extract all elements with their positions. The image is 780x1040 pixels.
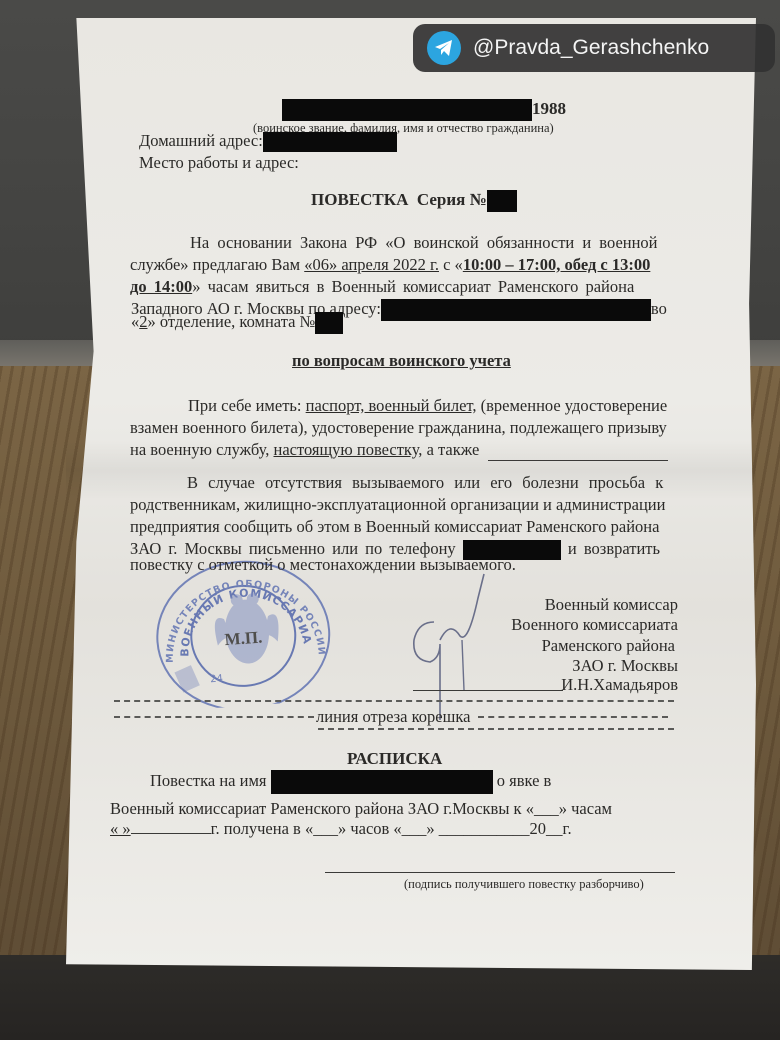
p1-text: » часам явиться в Военный комиссариат Ра… [192,277,634,296]
p2-text: (временное удостоверение [476,396,667,415]
p3-line-1: В случае отсутствия вызываемого или его … [187,472,663,493]
p1-line-1: На основании Закона РФ «О воинской обяза… [190,232,658,253]
receipt-date-field: « » [110,819,131,838]
cut-line-top [114,700,674,702]
home-address-label: Домашний адрес: [139,131,263,150]
title-series-label: Серия № [417,190,487,209]
p2-line-1: При себе иметь: паспорт, военный билет, … [188,395,667,416]
telegram-watermark: @Pravda_Gerashchenko [413,24,775,72]
p1-line-5: «2» отделение, комната № [131,311,343,334]
p1-text: « [131,312,139,331]
redacted-series-number [487,190,517,212]
blank-line [488,460,668,461]
p1-text: службе» предлагаю Вам [130,255,304,274]
recipient-signature-caption: (подпись получившего повестку разборчиво… [404,876,644,892]
p2-text: на военную службу, [130,440,273,459]
cut-line-label: линия отреза корешка [316,706,470,727]
p3-line-3: предприятия сообщить об этом в Военный к… [130,516,659,537]
recipient-signature-line [325,872,675,873]
signer-title-1: Военный комиссар [545,594,678,615]
p1-text: с « [439,255,463,274]
required-documents: паспорт, военный билет, [306,396,477,415]
p3-line-2: родственникам, жилищно-эксплуатационной … [130,494,665,515]
receipt-line-2: Военный комиссариат Раменского района ЗА… [110,798,612,819]
telegram-icon [427,31,461,65]
receipt-text: г. получена в «___» часов «___» ________… [211,819,572,838]
signature-line [413,690,563,691]
required-summons: настоящую повестку, [273,440,422,459]
redacted-name [282,99,532,121]
summons-purpose: по вопросам воинского учета [292,350,511,371]
p1-text: во [651,299,667,318]
receipt-text: Повестка на имя [150,771,266,790]
redacted-address [381,299,651,321]
p1-line-3: до 14:00» часам явиться в Военный комисс… [130,276,634,297]
workplace-label: Место работы и адрес: [139,152,299,173]
birth-year: 1988 [532,99,566,118]
p2-line-3: на военную службу, настоящую повестку, а… [130,439,479,460]
department-number: 2 [139,312,147,331]
cut-line-middle-left [114,716,314,718]
p1-line-2: службе» предлагаю Вам «06» апреля 2022 г… [130,254,650,275]
cut-line-middle-right [478,716,668,718]
receipt-title: РАСПИСКА [347,748,442,770]
document-title: ПОВЕСТКА Серия № [311,189,517,212]
signer-title-2: Военного комиссариата [511,614,678,635]
appointment-hours: 10:00 – 17:00, обед с 13:00 [463,255,651,274]
p2-text: а также [422,440,479,459]
p2-text: При себе иметь: [188,396,306,415]
appointment-date: «06» апреля 2022 г. [304,255,439,274]
redacted-home-address [263,132,397,152]
title-doc-type: ПОВЕСТКА [311,190,408,209]
name-line: 1988 [282,98,566,121]
signatory-name: И.Н.Хамадьяров [561,674,678,695]
receipt-line-1: Повестка на имя о явке в [150,770,551,794]
cut-line-bottom [318,728,674,730]
summons-document: 1988 (воинское звание, фамилия, имя и от… [0,0,780,1040]
signer-title-3: Раменского района [542,635,675,656]
redacted-recipient-name [271,770,493,794]
p3-line-5: повестку с отметкой о местонахождении вы… [130,554,516,575]
p1-text: » отделение, комната № [148,312,316,331]
receipt-text: о явке в [497,771,552,790]
appointment-hours-end: до 14:00 [130,277,192,296]
p2-line-2: взамен военного билета), удостоверение г… [130,417,667,438]
p3-text: и возвратить [568,539,660,558]
home-address-line: Домашний адрес: [139,130,397,152]
receipt-line-3: « »г. получена в «___» часов «___» _____… [110,818,572,839]
redacted-room-number [315,312,343,334]
telegram-handle: @Pravda_Gerashchenko [473,36,709,60]
